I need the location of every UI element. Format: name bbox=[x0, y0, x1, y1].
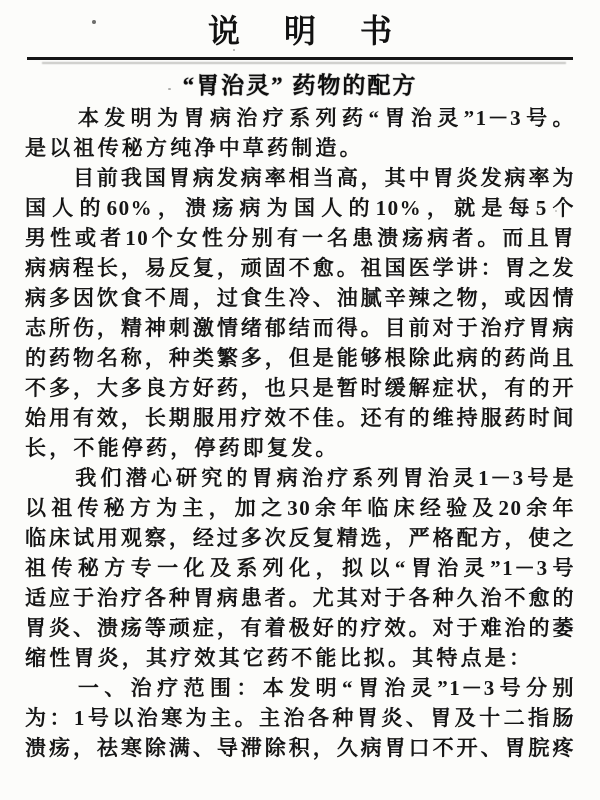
scan-speck bbox=[168, 88, 171, 90]
document-page: 说 明 书 “胃治灵” 药物的配方 本发明为胃病治疗系列药“胃治灵”1－3号。 … bbox=[0, 0, 600, 800]
text-line: 的药物名称，种类繁多，但是能够根除此病的药尚且 bbox=[25, 343, 575, 373]
text-line: 病病程长，易反复，顽固不愈。祖国医学讲：胃之发 bbox=[25, 253, 575, 283]
scan-speck bbox=[555, 210, 557, 212]
text-line: 临床试用观察，经过多次反复精选，严格配方，使之 bbox=[25, 523, 575, 553]
title-divider-scan-echo bbox=[42, 62, 566, 64]
text-line: 志所伤，精神刺激情绪郁结而得。目前对于治疗胃病 bbox=[25, 313, 575, 343]
text-line: 病多因饮食不周，过食生冷、油腻辛辣之物，或因情 bbox=[25, 283, 575, 313]
text-line: 国人的60%，溃疡病为国人的10%，就是每5个 bbox=[25, 193, 575, 223]
document-title: 说 明 书 bbox=[0, 0, 600, 49]
document-body: 本发明为胃病治疗系列药“胃治灵”1－3号。 是以祖传秘方纯净中草药制造。 目前我… bbox=[25, 103, 575, 763]
text-line: 我们潜心研究的胃病治疗系列胃治灵1－3号是 bbox=[25, 463, 575, 493]
scan-speck bbox=[233, 49, 235, 51]
section-heading: “胃治灵” 药物的配方 bbox=[0, 71, 600, 101]
title-divider-line bbox=[27, 57, 573, 60]
text-line: 是以祖传秘方纯净中草药制造。 bbox=[25, 133, 575, 163]
text-line: 男性或者10个女性分别有一名患溃疡病者。而且胃 bbox=[25, 223, 575, 253]
text-line: 适应于治疗各种胃病患者。尤其对于各种久治不愈的 bbox=[25, 583, 575, 613]
text-line: 溃疡，祛寒除满、导滞除积，久病胃口不开、胃脘疼 bbox=[25, 733, 575, 763]
text-line: 本发明为胃病治疗系列药“胃治灵”1－3号。 bbox=[25, 103, 575, 133]
text-line: 长，不能停药，停药即复发。 bbox=[25, 433, 575, 463]
scan-speck bbox=[92, 20, 96, 24]
text-line: 以祖传秘方为主，加之30余年临床经验及20余年 bbox=[25, 493, 575, 523]
text-line: 一、治疗范围：本发明“胃治灵”1－3号分别 bbox=[25, 673, 575, 703]
text-line: 为：1号以治寒为主。主治各种胃炎、胃及十二指肠 bbox=[25, 703, 575, 733]
text-line: 始用有效，长期服用疗效不佳。还有的维持服药时间 bbox=[25, 403, 575, 433]
text-line: 胃炎、溃疡等顽症，有着极好的疗效。对于难治的萎 bbox=[25, 613, 575, 643]
text-line: 祖传秘方专一化及系列化，拟以“胃治灵”1－3号 bbox=[25, 553, 575, 583]
text-line: 不多，大多良方好药，也只是暂时缓解症状，有的开 bbox=[25, 373, 575, 403]
text-line: 目前我国胃病发病率相当高，其中胃炎发病率为 bbox=[25, 163, 575, 193]
text-line: 缩性胃炎，其疗效其它药不能比拟。其特点是： bbox=[25, 643, 575, 673]
